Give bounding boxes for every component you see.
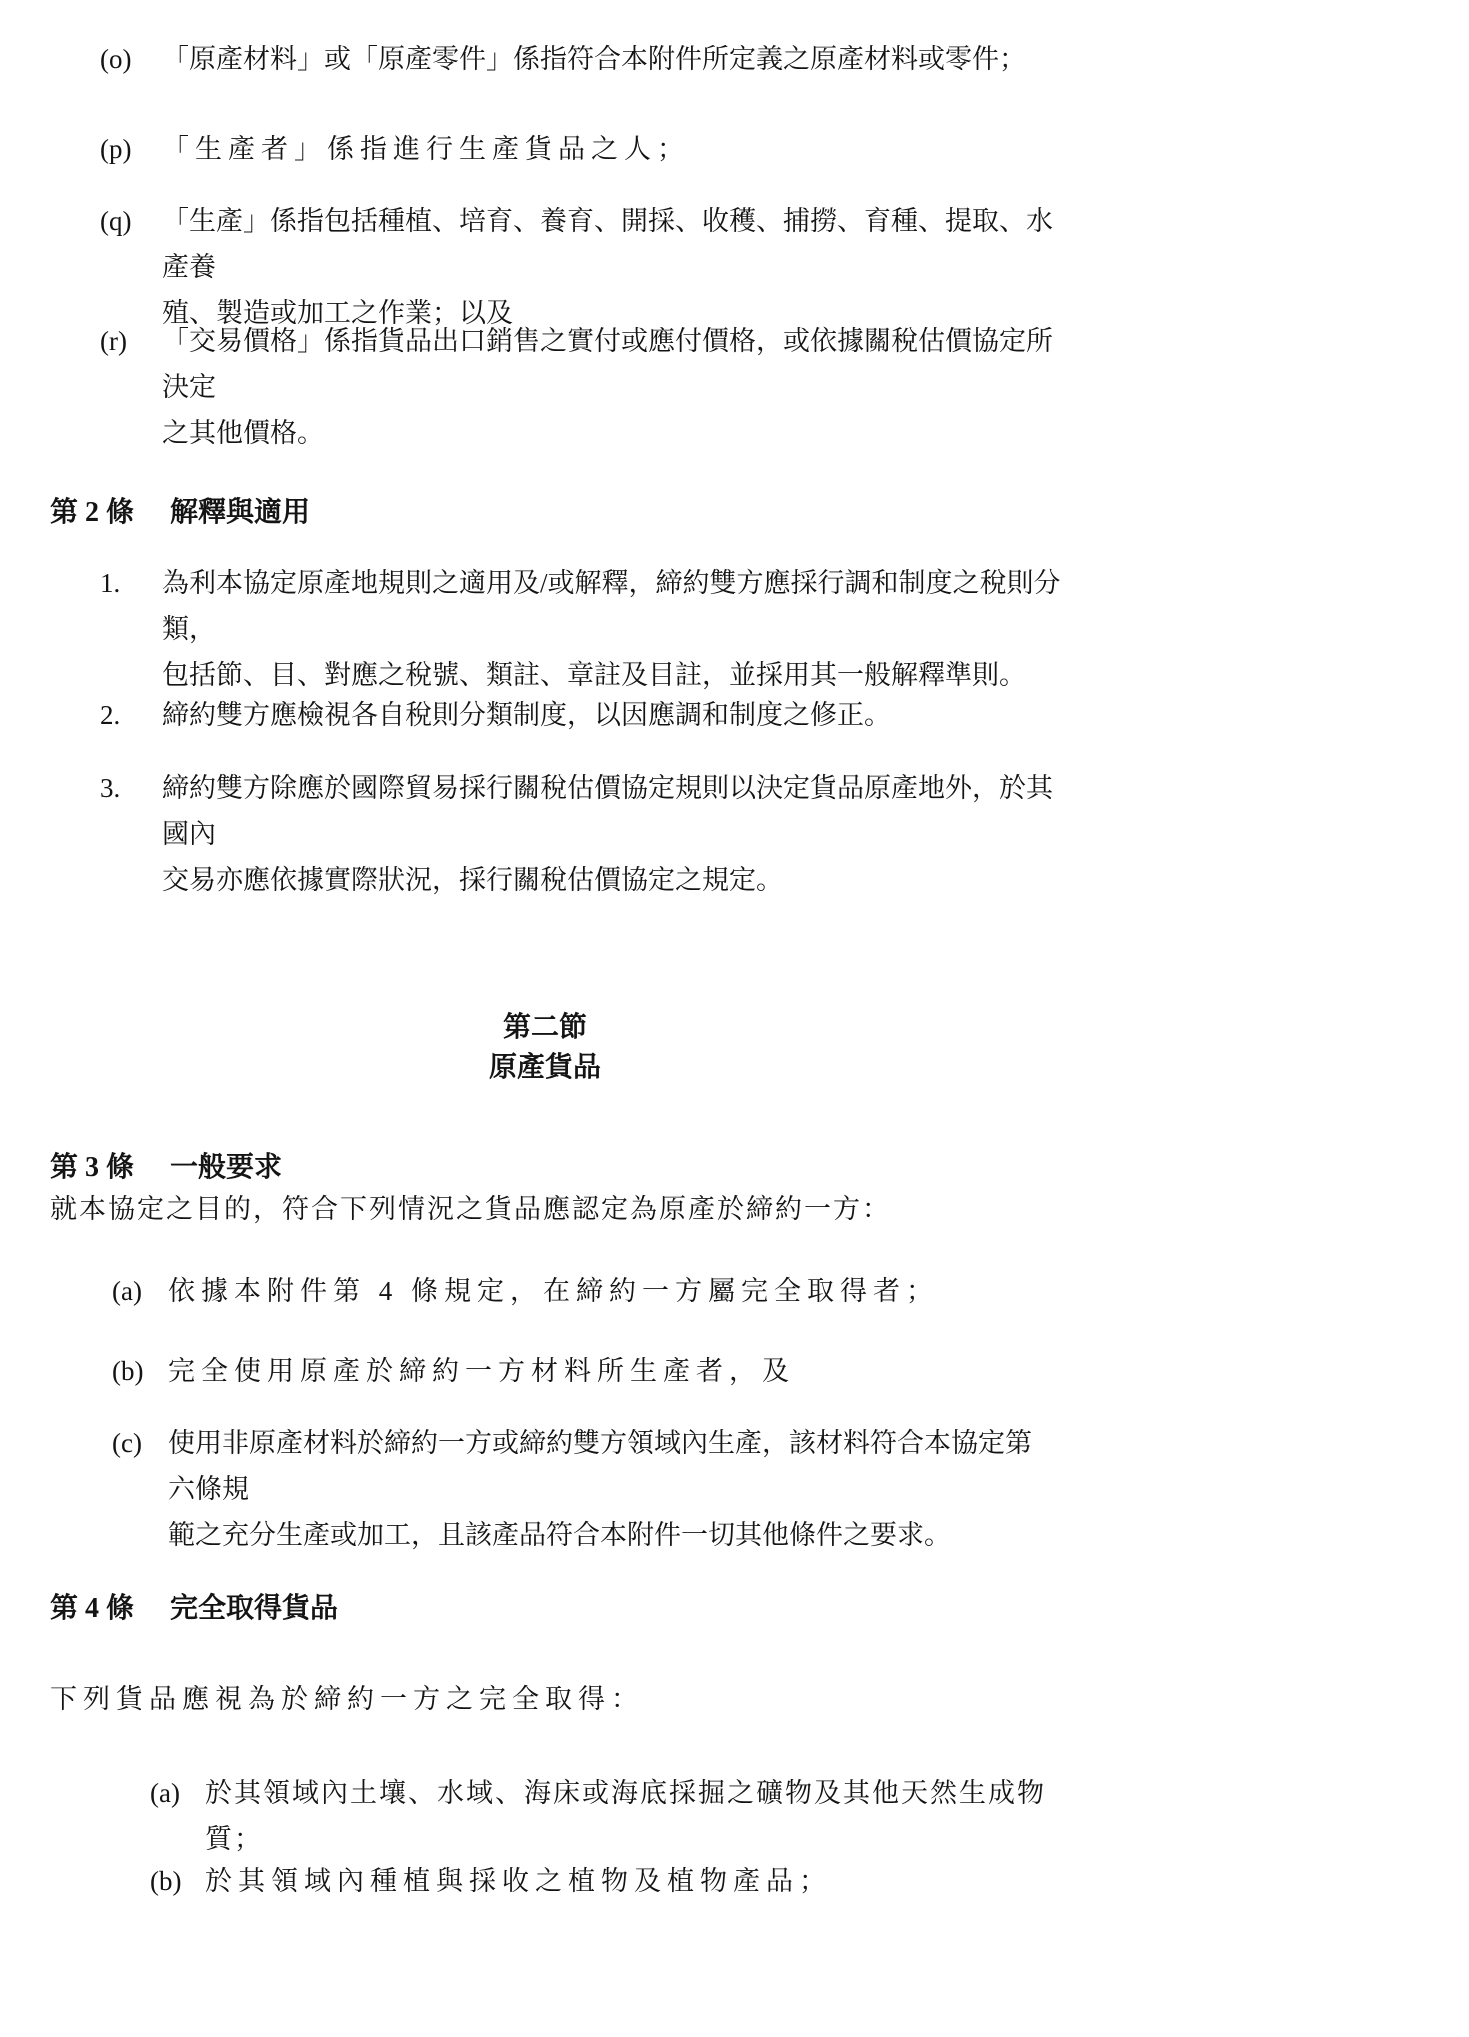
- article-3-heading: 第 3 條一般要求: [50, 1145, 282, 1191]
- item-text: 為利本協定原產地規則之適用及/或解釋，締約雙方應採行調和制度之稅則分類， 包括節…: [162, 560, 1072, 698]
- item-text: 「生產者」係指進行生產貨品之人；: [162, 126, 1072, 172]
- item-label: (a): [112, 1268, 142, 1314]
- item-label: (q): [100, 198, 131, 244]
- item-text: 締約雙方除應於國際貿易採行關稅估價協定規則以決定貨品原產地外，於其國內 交易亦應…: [162, 765, 1072, 903]
- item-text: 「生產」係指包括種植、培育、養育、開採、收穫、捕撈、育種、提取、水產養 殖、製造…: [162, 198, 1072, 336]
- article-number: 第 4 條: [50, 1593, 134, 1624]
- article-2-heading: 第 2 條解釋與適用: [50, 490, 310, 536]
- section-title: 原產貨品: [50, 1048, 1040, 1088]
- item-label: 3.: [100, 765, 120, 811]
- item-label: (p): [100, 126, 131, 172]
- item-label: (b): [112, 1348, 143, 1394]
- item-text: 使用非原產材料於締約一方或締約雙方領域內生產，該材料符合本協定第六條規 範之充分…: [168, 1420, 1058, 1558]
- item-label: (b): [150, 1858, 181, 1904]
- article-title: 一般要求: [170, 1152, 282, 1183]
- section-2-heading: 第二節 原產貨品: [50, 1008, 1040, 1088]
- article-4-intro: 下列貨品應視為於締約一方之完全取得：: [50, 1676, 644, 1722]
- item-text: 依據本附件第 4 條規定，在締約一方屬完全取得者；: [168, 1268, 1058, 1314]
- item-label: 2.: [100, 692, 120, 738]
- item-label: (a): [150, 1770, 180, 1816]
- document-page: (o) 「原產材料」或「原產零件」係指符合本附件所定義之原產材料或零件； (p)…: [0, 0, 1469, 2037]
- article-title: 完全取得貨品: [170, 1593, 338, 1624]
- article-number: 第 3 條: [50, 1152, 134, 1183]
- item-label: (r): [100, 318, 127, 364]
- item-label: (o): [100, 36, 131, 82]
- article-title: 解釋與適用: [170, 497, 310, 528]
- item-text: 完全使用原產於締約一方材料所生產者，及: [168, 1348, 1058, 1394]
- item-text: 於其領域內種植與採收之植物及植物產品；: [205, 1858, 1085, 1904]
- item-label: 1.: [100, 560, 120, 606]
- item-text: 「交易價格」係指貨品出口銷售之實付或應付價格，或依據關稅估價協定所決定 之其他價…: [162, 318, 1072, 456]
- article-3-intro: 就本協定之目的，符合下列情況之貨品應認定為原產於締約一方：: [50, 1186, 891, 1232]
- article-4-heading: 第 4 條完全取得貨品: [50, 1586, 338, 1632]
- item-text: 締約雙方應檢視各自稅則分類制度，以因應調和制度之修正。: [162, 692, 1072, 738]
- article-number: 第 2 條: [50, 497, 134, 528]
- section-number: 第二節: [50, 1008, 1040, 1048]
- item-text: 「原產材料」或「原產零件」係指符合本附件所定義之原產材料或零件；: [162, 36, 1072, 82]
- item-label: (c): [112, 1420, 142, 1466]
- item-text: 於其領域內土壤、水域、海床或海底採掘之礦物及其他天然生成物質；: [205, 1770, 1085, 1862]
